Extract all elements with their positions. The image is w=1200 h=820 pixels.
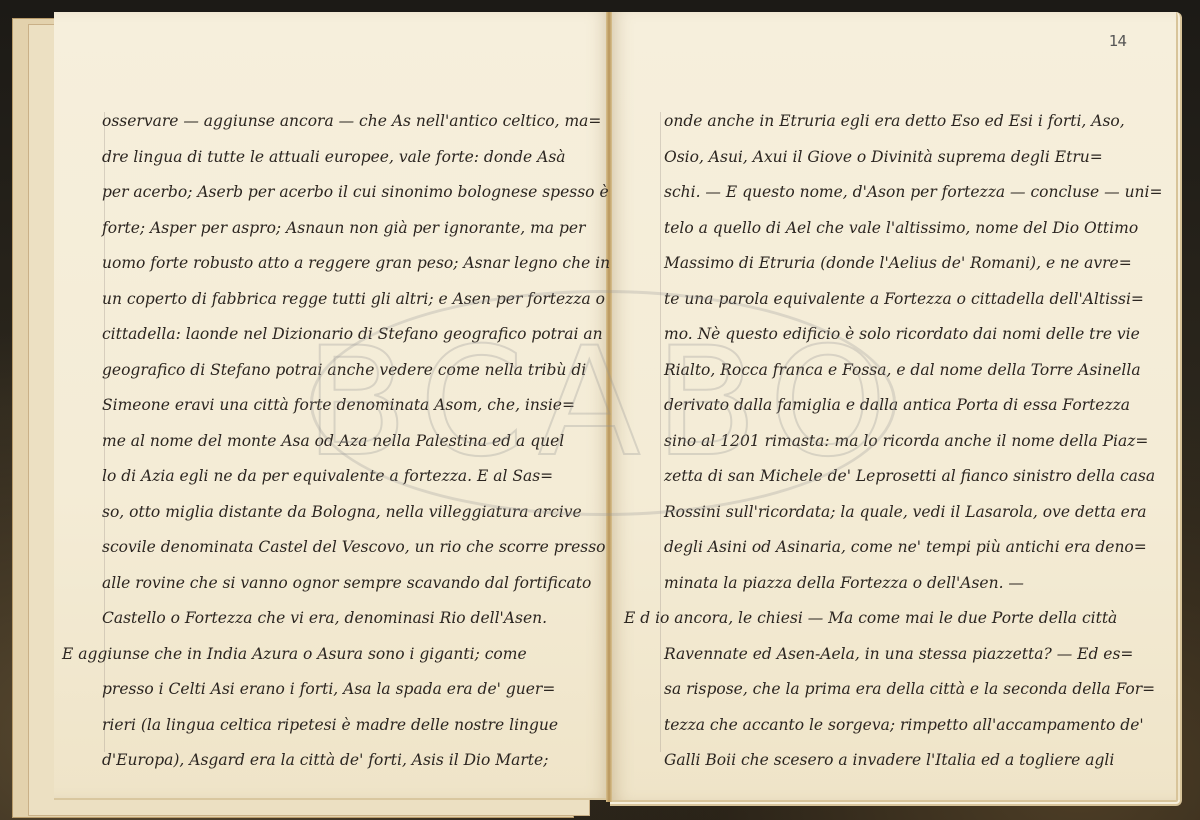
manuscript-line: lo di Azia egli ne da per equivalente a …	[102, 459, 610, 495]
manuscript-line: rieri (la lingua celtica ripetesi è madr…	[102, 708, 610, 744]
manuscript-line: Ravennate ed Asen-Aela, in una stessa pi…	[664, 637, 1162, 673]
manuscript-line: Rialto, Rocca franca e Fossa, e dal nome…	[664, 353, 1162, 389]
manuscript-line: me al nome del monte Asa od Aza nella Pa…	[102, 424, 610, 460]
manuscript-line: forte; Asper per aspro; Asnaun non già p…	[102, 211, 610, 247]
manuscript-line: Galli Boii che scesero a invadere l'Ital…	[664, 743, 1162, 779]
manuscript-line: sino al 1201 rimasta: ma lo ricorda anch…	[664, 424, 1162, 460]
manuscript-line: onde anche in Etruria egli era detto Eso…	[664, 104, 1162, 140]
manuscript-line: tezza che accanto le sorgeva; rimpetto a…	[664, 708, 1162, 744]
manuscript-line: schi. — E questo nome, d'Ason per fortez…	[664, 175, 1162, 211]
manuscript-line: scovile denominata Castel del Vescovo, u…	[102, 530, 610, 566]
manuscript-line: zetta di san Michele de' Leprosetti al f…	[664, 459, 1162, 495]
manuscript-line: dre lingua di tutte le attuali europee, …	[102, 140, 610, 176]
manuscript-line: Castello o Fortezza che vi era, denomina…	[102, 601, 610, 637]
manuscript-line: mo. Nè questo edificio è solo ricordato …	[664, 317, 1162, 353]
manuscript-line: sa rispose, che la prima era della città…	[664, 672, 1162, 708]
manuscript-line: Rossini sull'ricordata; la quale, vedi i…	[664, 495, 1162, 531]
manuscript-line: te una parola equivalente a Fortezza o c…	[664, 282, 1162, 318]
right-margin-rule	[660, 112, 661, 752]
manuscript-line: telo a quello di Ael che vale l'altissim…	[664, 211, 1162, 247]
page-number: 14	[1109, 32, 1126, 50]
manuscript-line: geografico di Stefano potrai anche veder…	[102, 353, 610, 389]
manuscript-line: osservare — aggiunse ancora — che As nel…	[102, 104, 610, 140]
manuscript-line: d'Europa), Asgard era la città de' forti…	[102, 743, 610, 779]
manuscript-line: un coperto di fabbrica regge tutti gli a…	[102, 282, 610, 318]
manuscript-line-struck: cittadella: laonde nel Dizionario di Ste…	[102, 317, 610, 353]
manuscript-line: so, otto miglia distante da Bologna, nel…	[102, 495, 610, 531]
manuscript-line: presso i Celti Asi erano i forti, Asa la…	[102, 672, 610, 708]
manuscript-line: Osio, Asui, Axui il Giove o Divinità sup…	[664, 140, 1162, 176]
manuscript-line: per acerbo; Aserb per acerbo il cui sino…	[102, 175, 610, 211]
manuscript-line: derivato dalla famiglia e dalla antica P…	[664, 388, 1162, 424]
manuscript-line: degli Asini od Asinaria, come ne' tempi …	[664, 530, 1162, 566]
manuscript-line-paragraph-start: E aggiunse che in India Azura o Asura so…	[62, 637, 610, 673]
manuscript-line: Massimo di Etruria (donde l'Aelius de' R…	[664, 246, 1162, 282]
right-page-text: onde anche in Etruria egli era detto Eso…	[664, 104, 1162, 779]
manuscript-line: alle rovine che si vanno ognor sempre sc…	[102, 566, 610, 602]
manuscript-line: minata la piazza della Fortezza o dell'A…	[664, 566, 1162, 602]
manuscript-line: uomo forte robusto atto a reggere gran p…	[102, 246, 610, 282]
manuscript-line: Simeone eravi una città forte denominata…	[102, 388, 610, 424]
left-page-text: osservare — aggiunse ancora — che As nel…	[102, 104, 610, 779]
manuscript-line-paragraph-start: E d io ancora, le chiesi — Ma come mai l…	[624, 601, 1162, 637]
